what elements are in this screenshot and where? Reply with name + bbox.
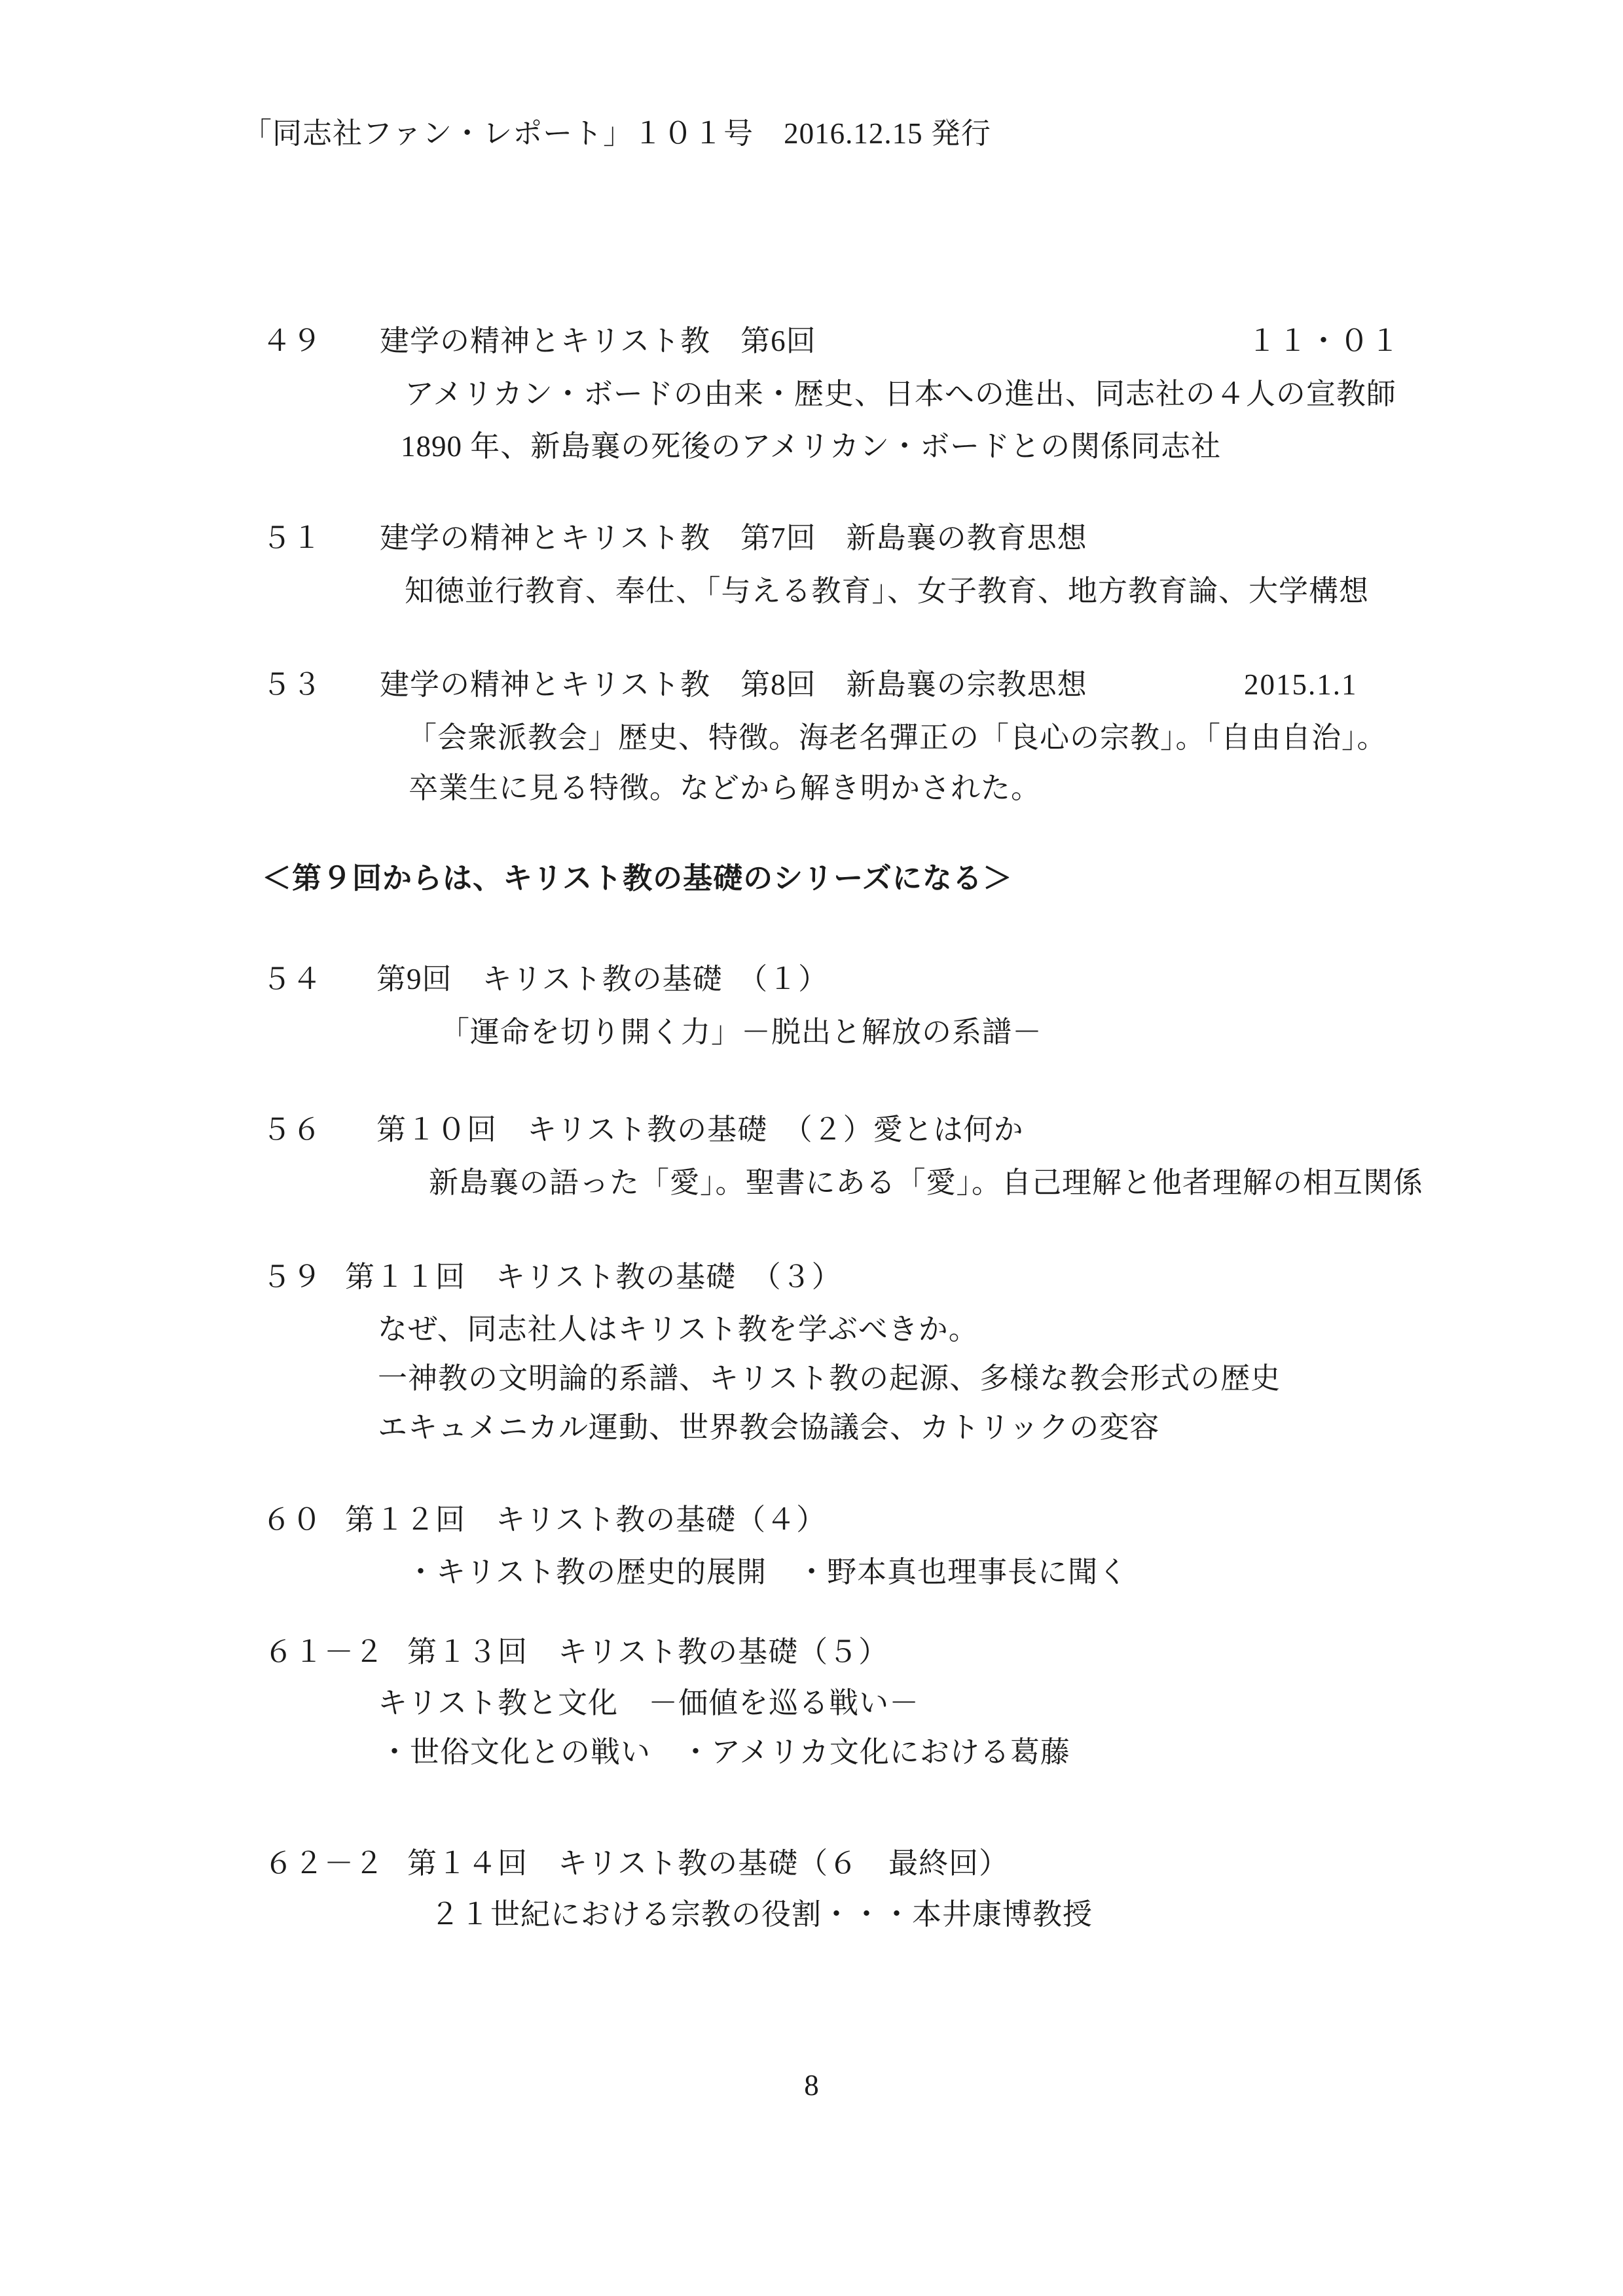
entry-title: 建学の精神とキリスト教 第7回 新島襄の教育思想 xyxy=(380,524,1087,553)
entry-title: 第１０回 キリスト教の基礎 （２）愛とは何か xyxy=(376,1115,1024,1145)
entry-title: 建学の精神とキリスト教 第6回 xyxy=(380,327,816,356)
page-number: 8 xyxy=(0,2071,1623,2100)
entry-detail: 知徳並行教育、奉仕、「与える教育」、女子教育、地方教育論、大学構想 xyxy=(405,577,1369,606)
section-heading: ＜第９回からは、キリスト教の基礎のシリーズになる＞ xyxy=(262,864,1013,893)
entry-detail: アメリカン・ボードの由来・歴史、日本への進出、同志社の４人の宣教師 xyxy=(405,380,1396,409)
entry-detail: 一神教の文明論的系譜、キリスト教の起源、多様な教会形式の歴史 xyxy=(378,1364,1281,1393)
entry-detail: エキュメニカル運動、世界教会協議会、カトリックの変容 xyxy=(378,1413,1159,1443)
entry-title: 建学の精神とキリスト教 第8回 新島襄の宗教思想 xyxy=(380,670,1087,700)
entry-title: 第１３回 キリスト教の基礎（５） xyxy=(407,1638,888,1667)
entry-detail: なぜ、同志社人はキリスト教を学ぶべきか。 xyxy=(378,1315,979,1344)
entry-detail: 1890 年、新島襄の死後のアメリカン・ボードとの関係同志社 xyxy=(401,432,1221,461)
entry-number: ５９ xyxy=(262,1263,322,1292)
entry-detail: 「会衆派教会」歴史、特徴。海老名彈正の「良心の宗教」。「自由自治」。 xyxy=(407,723,1387,753)
entry-detail: キリスト教と文化 －価値を巡る戦い－ xyxy=(378,1689,919,1718)
entry-number: ４９ xyxy=(262,327,322,356)
entry-date: １１・０１ xyxy=(1247,327,1401,356)
entry-detail: 卒業生に見る特徴。などから解き明かされた。 xyxy=(409,774,1041,803)
entry-number: ５１ xyxy=(262,524,322,553)
entry-number: ５３ xyxy=(262,670,322,700)
entry-number: ５４ xyxy=(262,965,322,994)
document-page: 「同志社ファン・レポート」１０１号 2016.12.15 発行 ４９ 建学の精神… xyxy=(0,0,1623,2296)
entry-title: 第１４回 キリスト教の基礎（６ 最終回） xyxy=(407,1849,1009,1878)
entry-number: ５６ xyxy=(262,1115,322,1145)
entry-number: ６１－２ xyxy=(264,1638,384,1667)
entry-date: 2015.1.1 xyxy=(1244,670,1358,700)
entry-detail: 「運命を切り開く力」－脱出と解放の系譜－ xyxy=(440,1018,1042,1047)
entry-title: 第9回 キリスト教の基礎 （１） xyxy=(376,965,828,994)
page-header: 「同志社ファン・レポート」１０１号 2016.12.15 発行 xyxy=(242,119,991,149)
entry-detail: ２１世紀における宗教の役割・・・本井康博教授 xyxy=(430,1900,1093,1929)
entry-number: ６２－２ xyxy=(264,1849,384,1878)
entry-detail: 新島襄の語った「愛」。聖書にある「愛」。自己理解と他者理解の相互関係 xyxy=(429,1168,1423,1198)
entry-detail: ・世俗文化との戦い ・アメリカ文化における葛藤 xyxy=(380,1738,1070,1767)
entry-title: 第１１回 キリスト教の基礎 （３） xyxy=(345,1263,842,1292)
entry-number: ６０ xyxy=(262,1505,322,1535)
entry-title: 第１２回 キリスト教の基礎（４） xyxy=(345,1505,826,1535)
entry-detail: ・キリスト教の歴史的展開 ・野本真也理事長に聞く xyxy=(406,1558,1128,1587)
